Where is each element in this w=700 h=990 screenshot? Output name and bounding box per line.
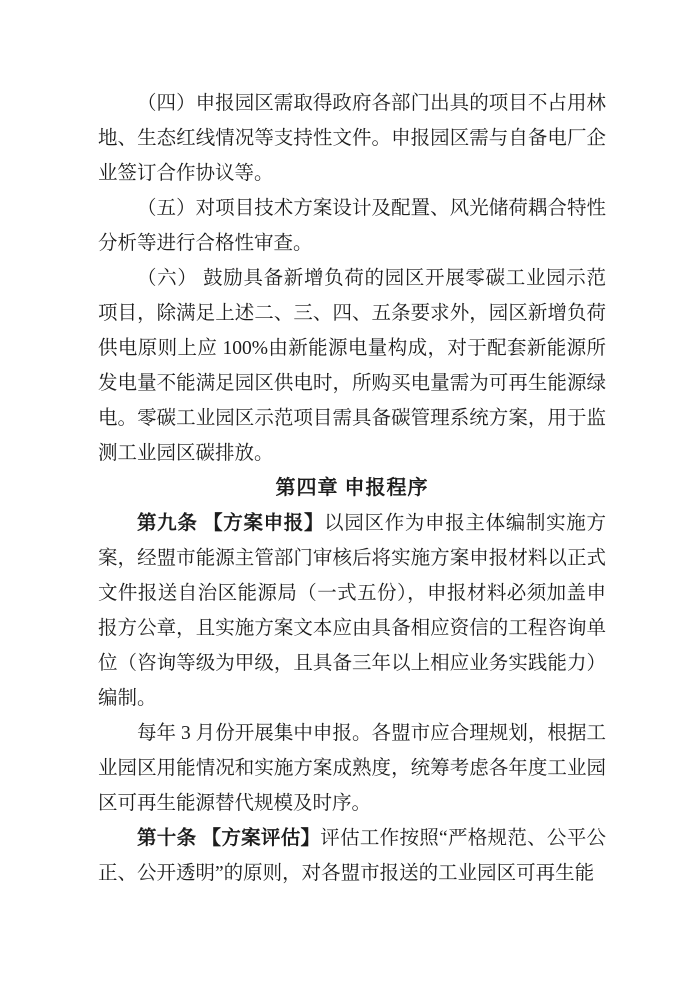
article-label: 第九条 【方案申报】 xyxy=(137,513,324,534)
paragraph: 第九条 【方案申报】以园区作为申报主体编制实施方案，经盟市能源主管部门审核后将实… xyxy=(98,506,606,716)
paragraph: （四）申报园区需取得政府各部门出具的项目不占用林地、生态红线情况等支持性文件。申… xyxy=(98,86,606,191)
paragraph: 每年 3 月份开展集中申报。各盟市应合理规划，根据工业园区用能情况和实施方案成熟… xyxy=(98,716,606,821)
paragraph: （五）对项目技术方案设计及配置、风光储荷耦合特性分析等进行合格性审查。 xyxy=(98,191,606,261)
document-body: （四）申报园区需取得政府各部门出具的项目不占用林地、生态红线情况等支持性文件。申… xyxy=(0,0,700,891)
document-page: （四）申报园区需取得政府各部门出具的项目不占用林地、生态红线情况等支持性文件。申… xyxy=(0,0,700,990)
paragraph: 第十条 【方案评估】评估工作按照“严格规范、公平公正、公开透明”的原则，对各盟市… xyxy=(98,821,606,891)
chapter-heading: 第四章 申报程序 xyxy=(98,471,606,506)
paragraph: （六） 鼓励具备新增负荷的园区开展零碳工业园示范项目，除满足上述二、三、四、五条… xyxy=(98,261,606,471)
article-label: 第十条 【方案评估】 xyxy=(137,828,320,849)
